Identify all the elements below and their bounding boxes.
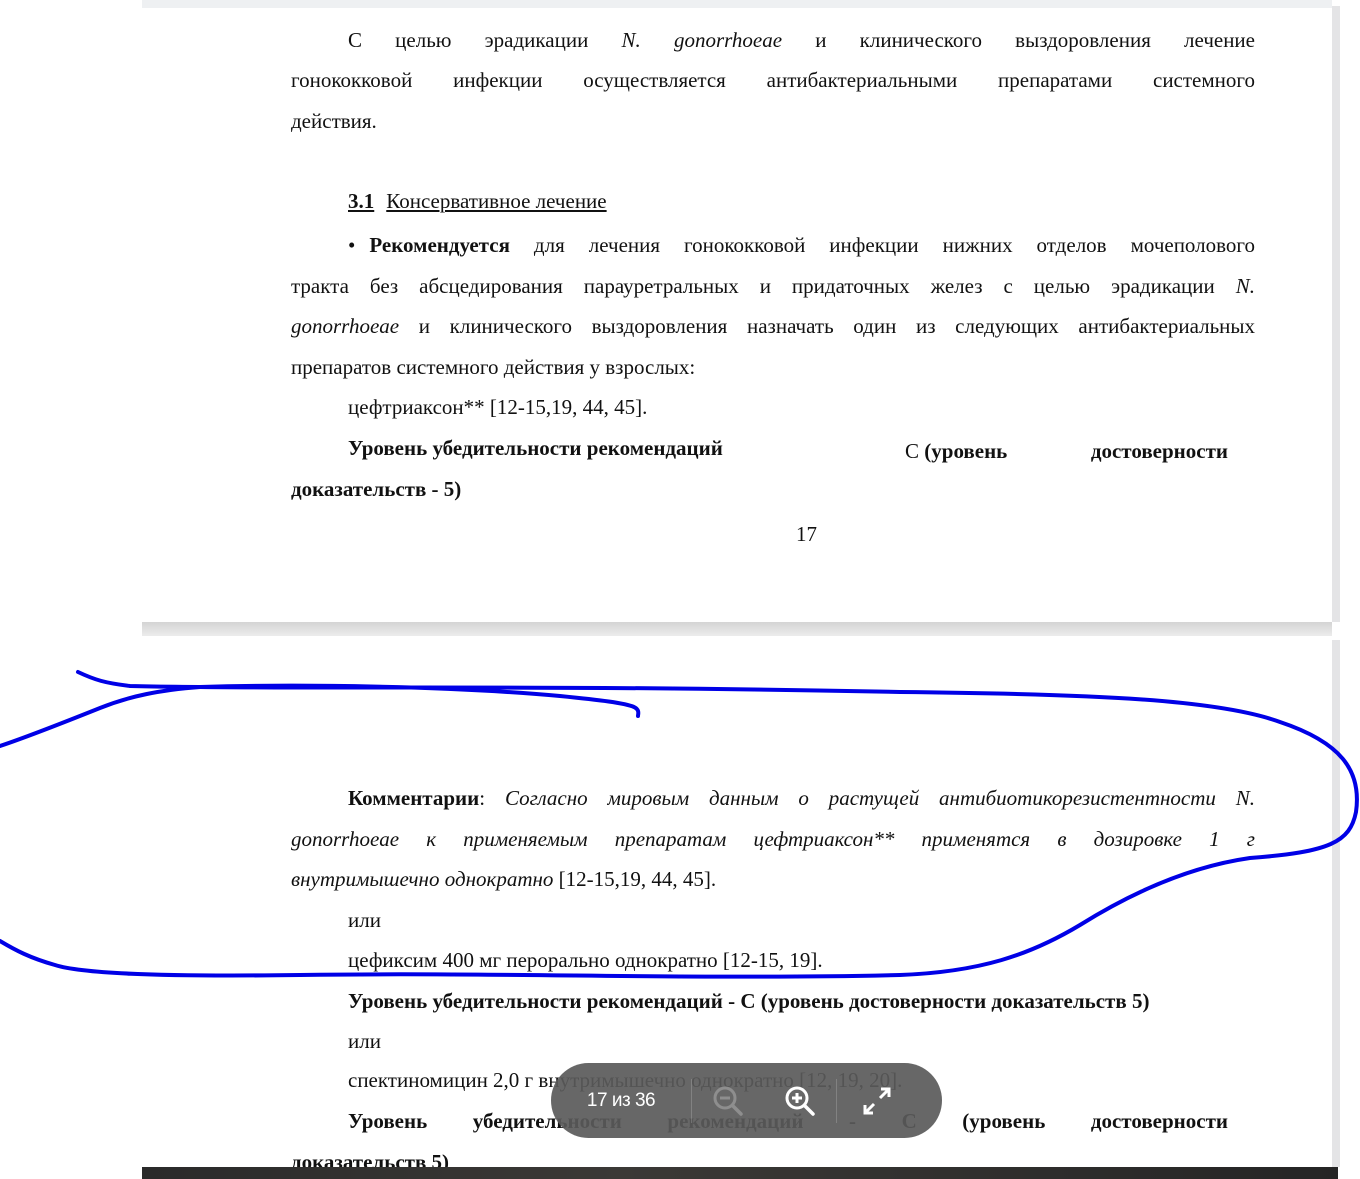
or-text: или <box>348 908 1255 932</box>
page-indicator: 17 из 36 <box>551 1090 691 1112</box>
expand-icon <box>859 1083 895 1119</box>
or-text: или <box>348 1029 1255 1053</box>
pdf-viewer: С целью эрадикации N. gonorrhoeae и клин… <box>0 0 1360 1179</box>
zoom-out-button[interactable] <box>692 1071 764 1131</box>
recommendation-line: gonorrhoeae и клинического выздоровления… <box>291 314 1255 338</box>
recommendation-line: •Рекомендуется для лечения гонококковой … <box>348 233 1255 257</box>
recommendation-line: тракта без абсцедирования парауретральны… <box>291 274 1255 298</box>
section-heading: 3.1Консервативное лечение <box>348 189 1255 213</box>
page-shadow <box>1332 6 1340 622</box>
drug-item: цефтриаксон** [12-15,19, 44, 45]. <box>348 395 1255 419</box>
bullet-icon: • <box>348 233 355 257</box>
paragraph-line: С целью эрадикации N. gonorrhoeae и клин… <box>348 28 1255 52</box>
page-shadow <box>1332 640 1340 1167</box>
comment-line: внутримышечно однократно [12-15,19, 44, … <box>291 867 1255 891</box>
document-page-17 <box>142 0 1332 622</box>
paragraph-line: действия. <box>291 109 1255 133</box>
zoom-in-icon <box>783 1084 817 1118</box>
paragraph-line: гонококковой инфекции осуществляется ант… <box>291 68 1255 92</box>
comment-line: gonorrhoeae к применяемым препаратам цеф… <box>291 827 1255 851</box>
recommendation-line: препаратов системного действия у взрослы… <box>291 355 1255 379</box>
evidence-level: С (уровеньдостоверности <box>905 439 1230 463</box>
evidence-level: Уровень убедительности рекомендаций - С … <box>348 989 1255 1013</box>
viewer-toolbar: 17 из 36 <box>551 1063 942 1138</box>
evidence-level: доказательств - 5) <box>291 477 1255 501</box>
comment-line: Комментарии: Согласно мировым данным о р… <box>348 786 1255 810</box>
zoom-out-icon <box>711 1084 745 1118</box>
drug-item: цефиксим 400 мг перорально однократно [1… <box>348 948 1255 972</box>
fullscreen-button[interactable] <box>837 1071 917 1131</box>
page-number: 17 <box>796 522 817 547</box>
section-title: Консервативное лечение <box>386 189 606 213</box>
section-number: 3.1 <box>348 189 374 213</box>
bottom-bar <box>142 1167 1338 1179</box>
zoom-in-button[interactable] <box>764 1071 836 1131</box>
